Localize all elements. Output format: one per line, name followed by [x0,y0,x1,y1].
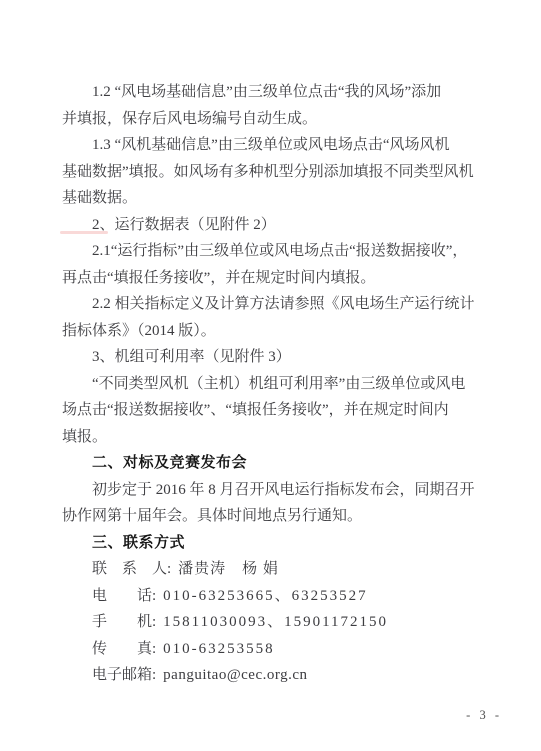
text-line: 场点击“报送数据接收”、“填报任务接收”，并在规定时间内 [62,397,482,424]
text-line: 初步定于 2016 年 8 月召开风电运行指标发布会，同期召开 [62,477,482,504]
text-line: 基础数据。 [62,185,482,212]
contact-label: 电 话: [92,588,156,604]
page-number: - 3 - [466,708,502,723]
contact-row: 电子邮箱:panguitao@cec.org.cn [62,662,482,689]
contact-value: 010-63253665、63253527 [163,588,368,604]
text-flow: 1.2 “风电场基础信息”由三级单位点击“我的风场”添加并填报，保存后风电场编号… [62,79,482,689]
contact-label: 联 系 人: [92,561,171,577]
section-heading: 二、对标及竞赛发布会 [62,450,482,477]
contact-label: 电子邮箱: [92,667,156,683]
contact-row: 联 系 人:潘贵涛 杨 娟 [62,556,482,583]
contact-label: 手 机: [92,614,156,630]
text-line: 2.2 相关指标定义及计算方法请参照《风电场生产运行统计 [62,291,482,318]
text-line: 基础数据”填报。如风场有多种机型分别添加填报不同类型风机 [62,159,482,186]
text-line: 2.1“运行指标”由三级单位或风电场点击“报送数据接收”， [62,238,482,265]
contact-value: 潘贵涛 杨 娟 [178,561,279,577]
text-line: 并填报，保存后风电场编号自动生成。 [62,106,482,133]
contact-row: 电 话:010-63253665、63253527 [62,583,482,610]
text-line: “不同类型风机（主机）机组可利用率”由三级单位或风电 [62,371,482,398]
document-page: 1.2 “风电场基础信息”由三级单位点击“我的风场”添加并填报，保存后风电场编号… [0,0,541,751]
text-line: 再点击“填报任务接收”，并在规定时间内填报。 [62,265,482,292]
text-line: 1.3 “风机基础信息”由三级单位或风电场点击“风场风机 [62,132,482,159]
contact-row: 手 机:15811030093、15901172150 [62,609,482,636]
text-line: 1.2 “风电场基础信息”由三级单位点击“我的风场”添加 [62,79,482,106]
text-line: 填报。 [62,424,482,451]
text-line: 2、运行数据表（见附件 2） [62,212,482,239]
contact-value: panguitao@cec.org.cn [163,667,307,683]
text-line: 指标体系》（2014 版）。 [62,318,482,345]
contact-label: 传 真: [92,641,156,657]
contact-row: 传 真:010-63253558 [62,636,482,663]
text-line: 协作网第十届年会。具体时间地点另行通知。 [62,503,482,530]
contact-value: 15811030093、15901172150 [163,614,388,630]
section-heading: 三、联系方式 [62,530,482,557]
contact-value: 010-63253558 [163,641,275,657]
text-line: 3、机组可利用率（见附件 3） [62,344,482,371]
